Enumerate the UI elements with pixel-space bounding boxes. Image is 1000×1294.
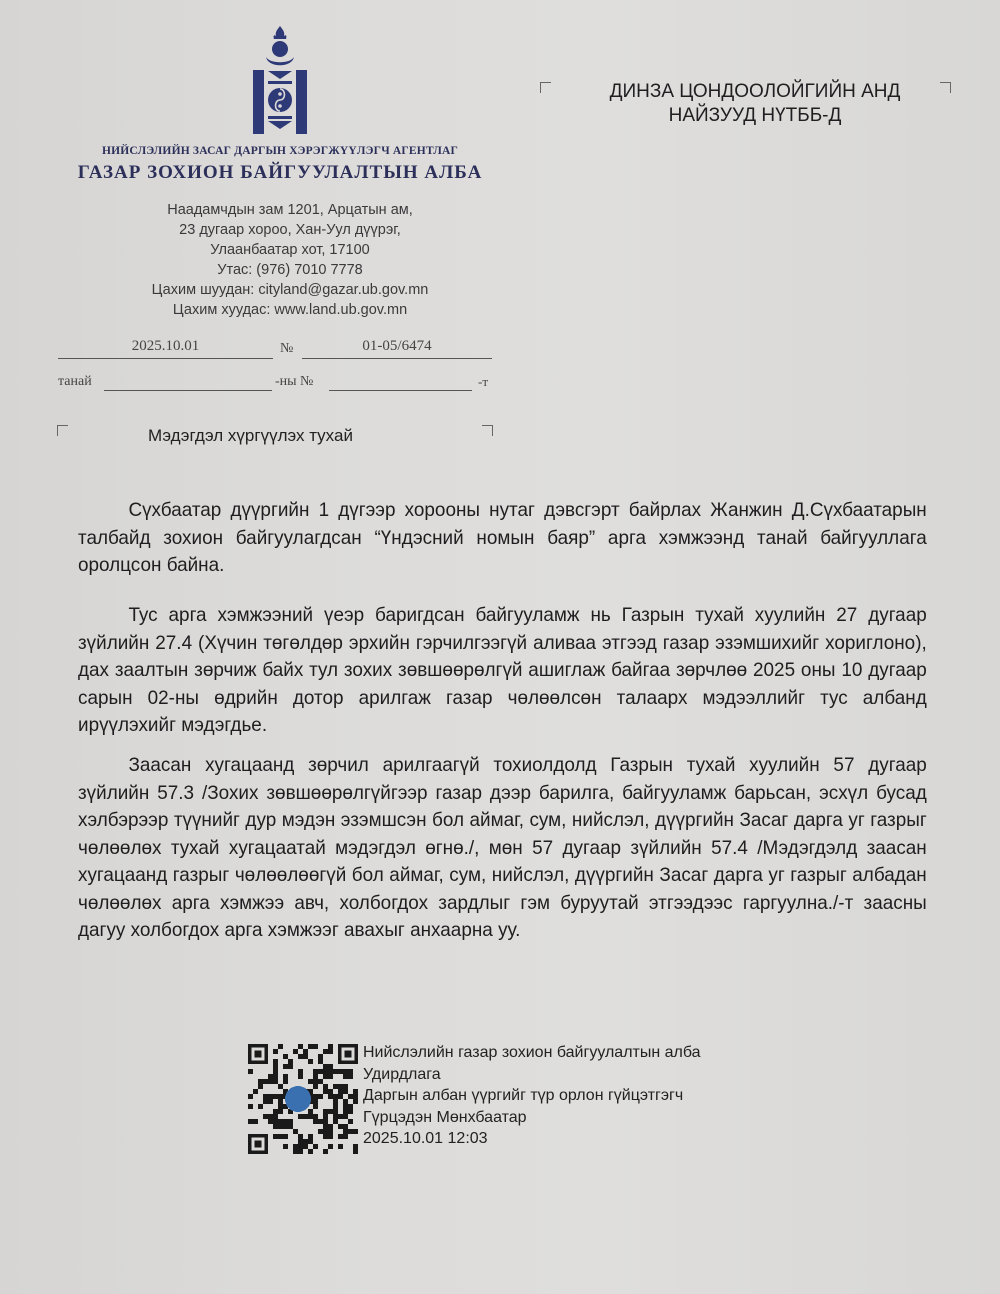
corner-mark bbox=[540, 82, 551, 93]
your-number-label: -ны № bbox=[275, 374, 313, 390]
letter-date: 2025.10.01 bbox=[58, 338, 273, 355]
agency-line: НИЙСЛЭЛИЙН ЗАСАГ ДАРГЫН ХЭРЭГЖҮҮЛЭГЧ АГЕ… bbox=[60, 145, 500, 157]
signer-position: Даргын албан үүргийг түр орлон гүйцэтгэг… bbox=[363, 1085, 701, 1107]
soyombo-emblem-icon bbox=[248, 24, 312, 140]
phone: Утас: (976) 7010 7778 bbox=[60, 260, 520, 280]
number-sign: № bbox=[280, 341, 293, 357]
your-label: танай bbox=[58, 374, 92, 390]
date-line bbox=[58, 358, 273, 359]
corner-mark bbox=[940, 82, 951, 93]
recipient-line: НАЙЗУУД НҮТББ-Д bbox=[570, 104, 940, 128]
signer-organization: Нийслэлийн газар зохион байгуулалтын алб… bbox=[363, 1042, 701, 1064]
signature-timestamp: 2025.10.01 12:03 bbox=[363, 1128, 701, 1150]
recipient-line: ДИНЗА ЦОНДООЛОЙГИЙН АНД bbox=[570, 80, 940, 104]
corner-mark bbox=[57, 425, 68, 436]
electronic-signature: Нийслэлийн газар зохион байгуулалтын алб… bbox=[363, 1042, 701, 1150]
recipient: ДИНЗА ЦОНДООЛОЙГИЙН АНД НАЙЗУУД НҮТББ-Д bbox=[570, 80, 940, 128]
address-line: 23 дугаар хороо, Хан-Уул дүүрэг, bbox=[60, 220, 520, 240]
address-line: Наадамчдын зам 1201, Арцатын ам, bbox=[60, 200, 520, 220]
corner-mark bbox=[482, 425, 493, 436]
your-end: -т bbox=[478, 374, 488, 390]
qr-code-icon[interactable] bbox=[248, 1043, 358, 1155]
website: Цахим хуудас: www.land.ub.gov.mn bbox=[60, 300, 520, 320]
email: Цахим шуудан: cityland@gazar.ub.gov.mn bbox=[60, 280, 520, 300]
subject: Мэдэгдэл хүргүүлэх тухай bbox=[148, 426, 353, 446]
number-line bbox=[302, 358, 492, 359]
your-date-line bbox=[104, 390, 272, 391]
body-paragraph: Тус арга хэмжээний үеэр баригдсан байгуу… bbox=[78, 602, 927, 740]
your-number-line bbox=[329, 390, 472, 391]
body-paragraph: Заасан хугацаанд зөрчил арилгаагүй тохио… bbox=[78, 752, 927, 945]
office-name: ГАЗАР ЗОХИОН БАЙГУУЛАЛТЫН АЛБА bbox=[55, 162, 505, 184]
signer-department: Удирдлага bbox=[363, 1064, 701, 1086]
signer-name: Гүрцэдэн Мөнхбаатар bbox=[363, 1107, 701, 1129]
address-line: Улаанбаатар хот, 17100 bbox=[60, 240, 520, 260]
body-paragraph: Сүхбаатар дүүргийн 1 дүгээр хорооны нута… bbox=[78, 497, 927, 580]
letter-number: 01-05/6474 bbox=[302, 338, 492, 355]
address-block: Наадамчдын зам 1201, Арцатын ам, 23 дуга… bbox=[60, 200, 520, 320]
